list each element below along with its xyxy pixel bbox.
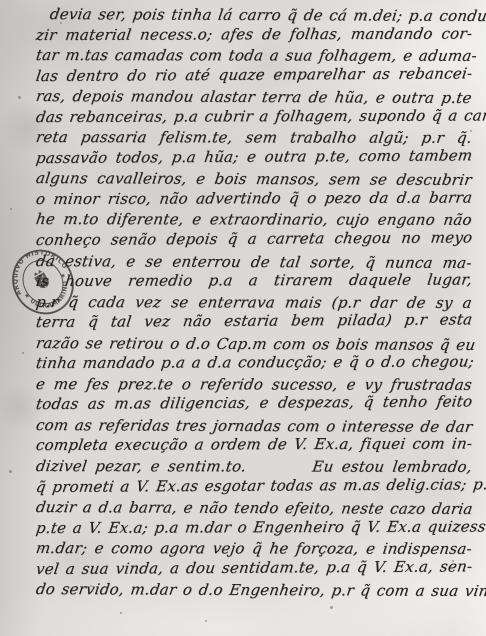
- manuscript-line: p.te a V. Ex.a; p.a m.dar o Engenheiro q…: [35, 516, 474, 538]
- paper-speck: [205, 620, 207, 622]
- paper-speck: [10, 208, 12, 210]
- manuscript-page: ARQUIVO HISTÓRICO ★ ULTRAMARINO ★ devia …: [0, 0, 486, 636]
- manuscript-line: zir material necess.o; afes de folhas, m…: [35, 23, 474, 45]
- manuscript-line: o minor risco, não advertindo q̃ o pezo …: [35, 187, 474, 209]
- manuscript-line: conheço senão depois q̃ a carreta chegou…: [35, 227, 474, 250]
- manuscript-line: do servido, m.dar o d.o Engenheiro, p.r …: [35, 579, 474, 601]
- manuscript-line: todas as m.as diligencias, e despezas, q…: [35, 392, 474, 415]
- manuscript-line: terra q̃ tal vez não estaria bem pilada)…: [35, 310, 474, 333]
- manuscript-line: completa execução a ordem de V. Ex.a, fi…: [35, 434, 474, 456]
- manuscript-line: das rebanceiras, p.a cubrir a folhagem, …: [35, 105, 474, 127]
- manuscript-line: vel a sua vinda, a dou sentidam.te, p.a …: [35, 556, 474, 579]
- manuscript-line: las dentro do rio até quaze emparelhar a…: [35, 63, 474, 86]
- paper-speck: [22, 352, 24, 354]
- manuscript-line: tinha mandado p.a a d.a conducção; e q̃ …: [35, 352, 474, 374]
- paper-speck: [120, 612, 122, 614]
- paper-speck: [18, 96, 21, 99]
- manuscript-text: devia ser, pois tinha lá carro q̃ de cá …: [36, 4, 472, 600]
- paper-speck: [330, 606, 333, 609]
- manuscript-line: is houve remedio p.a a tirarem daquele l…: [35, 270, 474, 292]
- paper-speck: [9, 470, 12, 473]
- manuscript-line: q̃ prometi a V. Ex.as esgotar todas as m…: [35, 474, 474, 497]
- manuscript-line: passavão todos, p.a hũa; e outra p.te, c…: [35, 145, 474, 168]
